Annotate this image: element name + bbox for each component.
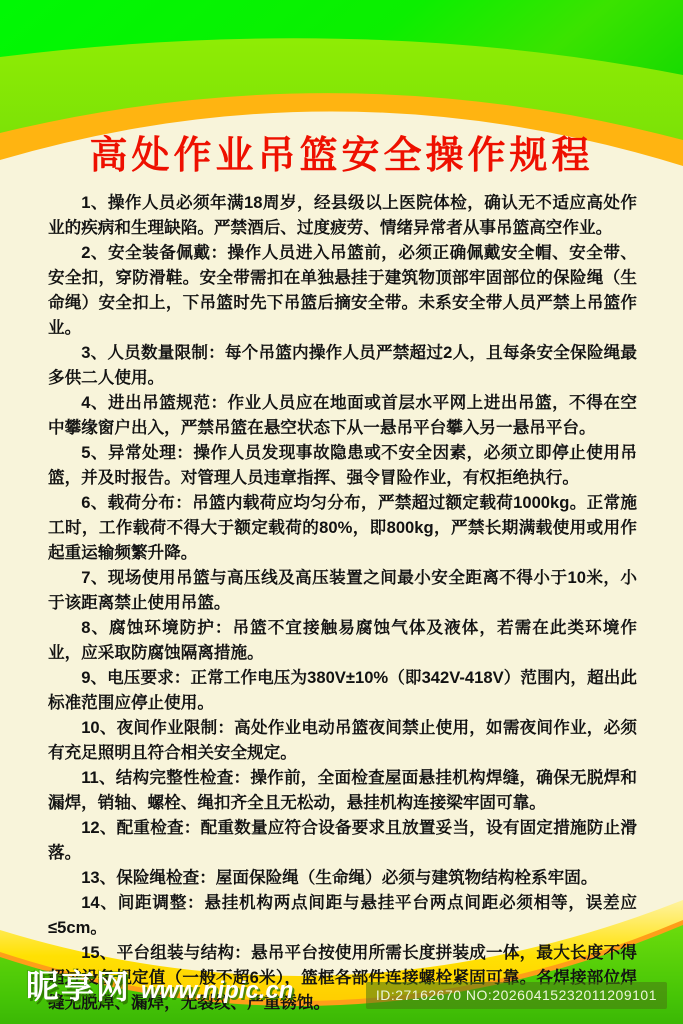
rule-item-10: 10、夜间作业限制：高处作业电动吊篮夜间禁止使用，如需夜间作业，必须有充足照明且… bbox=[48, 715, 637, 765]
poster-title: 高处作业吊篮安全操作规程 bbox=[0, 0, 683, 178]
id-badge: ID:27162670 NO:20260415232011209101 bbox=[366, 982, 667, 1009]
poster-root: 高处作业吊篮安全操作规程 1、操作人员必须年满18周岁，经县级以上医院体检，确认… bbox=[0, 0, 683, 1024]
rule-item-5: 5、异常处理：操作人员发现事故隐患或不安全因素，必须立即停止使用吊篮，并及时报告… bbox=[48, 440, 637, 490]
site-name: 昵享网 bbox=[26, 961, 131, 1008]
footer: 昵享网 www.nipic.cn ID:27162670 NO:20260415… bbox=[0, 954, 683, 1024]
site-logo: 昵享网 www.nipic.cn bbox=[26, 961, 293, 1008]
site-url: www.nipic.cn bbox=[141, 977, 293, 1005]
rule-item-14: 14、间距调整：悬挂机构两点间距与悬挂平台两点间距必须相等，误差应≤5cm。 bbox=[48, 890, 637, 940]
rule-item-3: 3、人员数量限制：每个吊篮内操作人员严禁超过2人，且每条安全保险绳最多供二人使用… bbox=[48, 340, 637, 390]
rule-item-13: 13、保险绳检查：屋面保险绳（生命绳）必须与建筑物结构栓系牢固。 bbox=[48, 865, 637, 890]
rule-item-1: 1、操作人员必须年满18周岁，经县级以上医院体检，确认无不适应高处作业的疾病和生… bbox=[48, 190, 637, 240]
rule-item-9: 9、电压要求：正常工作电压为380V±10%（即342V-418V）范围内，超出… bbox=[48, 665, 637, 715]
rule-item-12: 12、配重检查：配重数量应符合设备要求且放置妥当，设有固定措施防止滑落。 bbox=[48, 815, 637, 865]
rule-item-8: 8、腐蚀环境防护：吊篮不宜接触易腐蚀气体及液体，若需在此类环境作业，应采取防腐蚀… bbox=[48, 615, 637, 665]
rule-item-7: 7、现场使用吊篮与高压线及高压装置之间最小安全距离不得小于10米，小于该距离禁止… bbox=[48, 565, 637, 615]
rule-item-6: 6、载荷分布：吊篮内载荷应均匀分布，严禁超过额定载荷1000kg。正常施工时，工… bbox=[48, 490, 637, 565]
rules-list: 1、操作人员必须年满18周岁，经县级以上医院体检，确认无不适应高处作业的疾病和生… bbox=[0, 178, 683, 1015]
rule-item-11: 11、结构完整性检查：操作前，全面检查屋面悬挂机构焊缝，确保无脱焊和漏焊，销轴、… bbox=[48, 765, 637, 815]
poster-content: 高处作业吊篮安全操作规程 1、操作人员必须年满18周岁，经县级以上医院体检，确认… bbox=[0, 0, 683, 1015]
rule-item-4: 4、进出吊篮规范：作业人员应在地面或首层水平网上进出吊篮，不得在空中攀缘窗户出入… bbox=[48, 390, 637, 440]
rule-item-2: 2、安全装备佩戴：操作人员进入吊篮前，必须正确佩戴安全帽、安全带、安全扣，穿防滑… bbox=[48, 240, 637, 340]
